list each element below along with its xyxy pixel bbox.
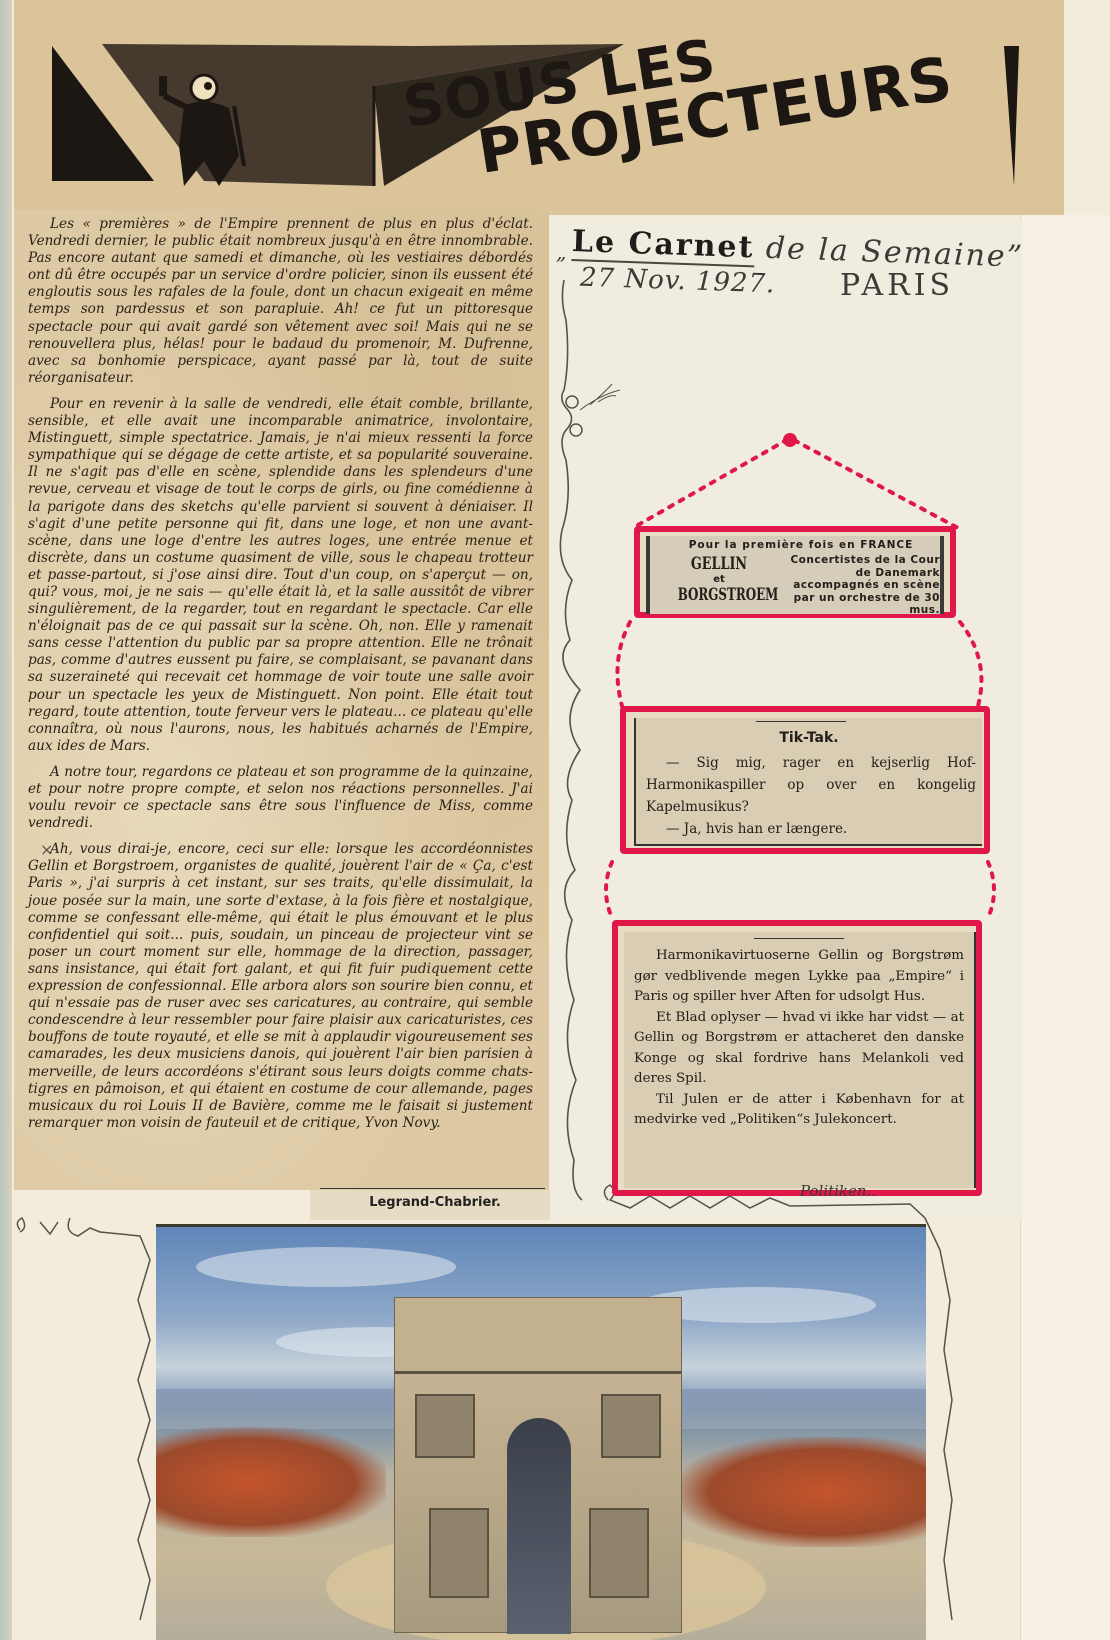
tiktak-line: — Sig mig, rager en kejserlig Hof-Harmon…	[646, 752, 976, 818]
arch-relief	[601, 1394, 661, 1458]
danish-paragraph: Et Blad oplyser — hvad vi ikke har vidst…	[634, 1008, 964, 1090]
advert-conjunction: et	[660, 574, 778, 585]
danish-article-body: Harmonikavirtuoserne Gellin og Borgstrøm…	[634, 946, 964, 1131]
byline-rule	[320, 1188, 545, 1189]
ornament-rule	[756, 721, 846, 722]
trees-left	[156, 1427, 386, 1537]
article-paragraph: Les « premières » de l'Empire prennent d…	[28, 216, 533, 387]
trees-right	[676, 1437, 926, 1547]
cloud	[196, 1247, 456, 1287]
advert-names: GELLIN et BORGSTROEM	[660, 554, 778, 605]
advert-headline: Pour la première fois en FRANCE	[656, 539, 946, 551]
arch-relief	[429, 1508, 489, 1598]
handwritten-signature: Politiken..	[800, 1182, 876, 1200]
right-margin-sheet	[1020, 215, 1110, 1640]
arch-relief	[589, 1508, 649, 1598]
advert-name-borgstroem: BORGSTROEM	[678, 585, 761, 605]
advert-name-gellin: GELLIN	[675, 554, 764, 574]
danish-paragraph: Harmonikavirtuoserne Gellin og Borgstrøm…	[634, 946, 964, 1008]
tiktak-frame: Tik-Tak. — Sig mig, rager en kejserlig H…	[620, 706, 990, 854]
tiktak-body: — Sig mig, rager en kejserlig Hof-Harmon…	[646, 752, 976, 840]
tiktak-title: Tik-Tak.	[636, 730, 982, 746]
margin-x-mark: ×	[18, 841, 53, 858]
article-paragraph-text: Ah, vous dirai-je, encore, ceci sur elle…	[28, 841, 533, 1131]
ornament-rule	[754, 938, 844, 939]
arch-opening	[507, 1418, 571, 1634]
arch-relief	[415, 1394, 475, 1458]
arch-attic	[395, 1298, 681, 1374]
article-paragraph: × Ah, vous dirai-je, encore, ceci sur el…	[28, 841, 533, 1132]
arc-de-triomphe-postcard	[156, 1224, 926, 1640]
advert-frame: Pour la première fois en FRANCE GELLIN e…	[634, 526, 956, 618]
danish-paragraph: Til Julen er de atter i København for at…	[634, 1090, 964, 1131]
byline: Legrand-Chabrier.	[330, 1195, 540, 1210]
article-body: Les « premières » de l'Empire prennent d…	[28, 216, 533, 1141]
danish-article-frame: Harmonikavirtuoserne Gellin og Borgstrøm…	[612, 920, 982, 1196]
danish-article-clipping: Harmonikavirtuoserne Gellin og Borgstrøm…	[624, 932, 976, 1188]
banner: SOUS LES PROJECTEURS	[44, 36, 1064, 196]
handwritten-city: PARIS	[840, 268, 954, 303]
handwritten-title-first: Le Carnet	[571, 224, 755, 267]
advert-description: Concertistes de la Cour de Danemark acco…	[778, 554, 940, 617]
advert-clipping: Pour la première fois en FRANCE GELLIN e…	[646, 536, 944, 614]
handwritten-open-quote: „	[556, 240, 566, 264]
article-paragraph: Pour en revenir à la salle de vendredi, …	[28, 396, 533, 755]
tiktak-clipping: Tik-Tak. — Sig mig, rager en kejserlig H…	[634, 718, 982, 846]
scan-edge	[0, 0, 12, 1640]
article-paragraph: A notre tour, regardons ce plateau et so…	[28, 764, 533, 832]
arc-de-triomphe-icon	[394, 1297, 682, 1633]
tiktak-line: — Ja, hvis han er længere.	[646, 818, 976, 840]
